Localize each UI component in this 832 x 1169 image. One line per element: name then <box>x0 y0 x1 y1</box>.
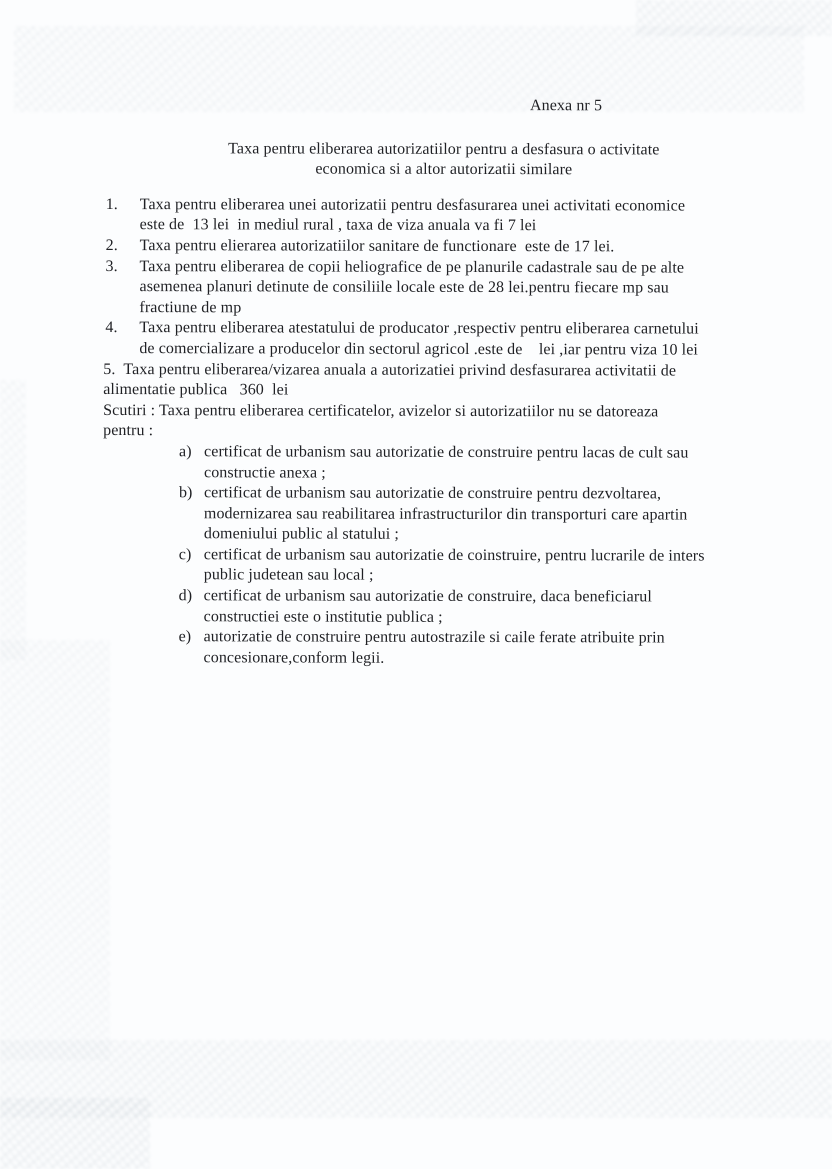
item-marker: a) <box>179 442 204 483</box>
lettered-item-c: c) certificat de urbanism sau autorizati… <box>179 545 805 588</box>
document-content: Anexa nr 5 Taxa pentru eliberarea autori… <box>104 95 805 670</box>
scan-noise-left-strip <box>0 640 110 1060</box>
item-marker: b) <box>179 483 204 545</box>
item-marker: 3. <box>105 257 139 319</box>
item-text: Taxa pentru eliberarea atestatului de pr… <box>139 318 699 361</box>
item-text: certificat de urbanism sau autorizatie d… <box>204 586 652 628</box>
scan-noise-bottom-left <box>0 1098 150 1169</box>
item-marker: e) <box>178 627 203 668</box>
item-text: Taxa pentru eliberarea de copii heliogra… <box>139 257 684 320</box>
item-text: Taxa pentru elierarea autorizatiilor san… <box>140 236 615 258</box>
exemptions-intro: Scutiri : Taxa pentru eliberarea certifi… <box>103 401 805 444</box>
numbered-item-3: 3. Taxa pentru eliberarea de copii helio… <box>105 257 805 321</box>
lettered-item-a: a) certificat de urbanism sau autorizati… <box>179 442 805 485</box>
scanned-document-page: Anexa nr 5 Taxa pentru eliberarea autori… <box>0 0 832 1169</box>
scan-noise-top-right <box>636 0 832 36</box>
document-title: Taxa pentru eliberarea autorizatiilor pe… <box>106 139 782 182</box>
lettered-item-e: e) autorizatie de construire pentru auto… <box>178 627 804 670</box>
numbered-item-4: 4. Taxa pentru eliberarea atestatului de… <box>105 318 805 361</box>
item-text: Taxa pentru eliberarea unei autorizatii … <box>140 195 685 238</box>
lettered-item-b: b) certificat de urbanism sau autorizati… <box>179 483 805 546</box>
scan-noise-bottom <box>0 1040 832 1118</box>
item-marker: d) <box>179 586 204 627</box>
item-marker: c) <box>179 545 204 586</box>
item-marker: 2. <box>106 236 140 257</box>
item-text: autorizatie de construire pentru autostr… <box>203 628 664 670</box>
item-text: certificat de urbanism sau autorizatie d… <box>204 545 705 587</box>
scan-noise-mid-left <box>0 380 26 660</box>
item-marker: 4. <box>105 318 139 359</box>
annex-label: Anexa nr 5 <box>530 96 806 117</box>
numbered-item-2: 2. Taxa pentru elierarea autorizatiilor … <box>106 236 806 258</box>
item-marker: 1. <box>106 195 140 236</box>
paragraph-item-5: 5. Taxa pentru eliberarea/vizarea anuala… <box>103 360 805 403</box>
item-text: certificat de urbanism sau autorizatie d… <box>204 442 688 484</box>
lettered-item-d: d) certificat de urbanism sau autorizati… <box>179 586 805 629</box>
numbered-item-1: 1. Taxa pentru eliberarea unei autorizat… <box>106 195 806 238</box>
item-text: certificat de urbanism sau autorizatie d… <box>204 483 688 546</box>
